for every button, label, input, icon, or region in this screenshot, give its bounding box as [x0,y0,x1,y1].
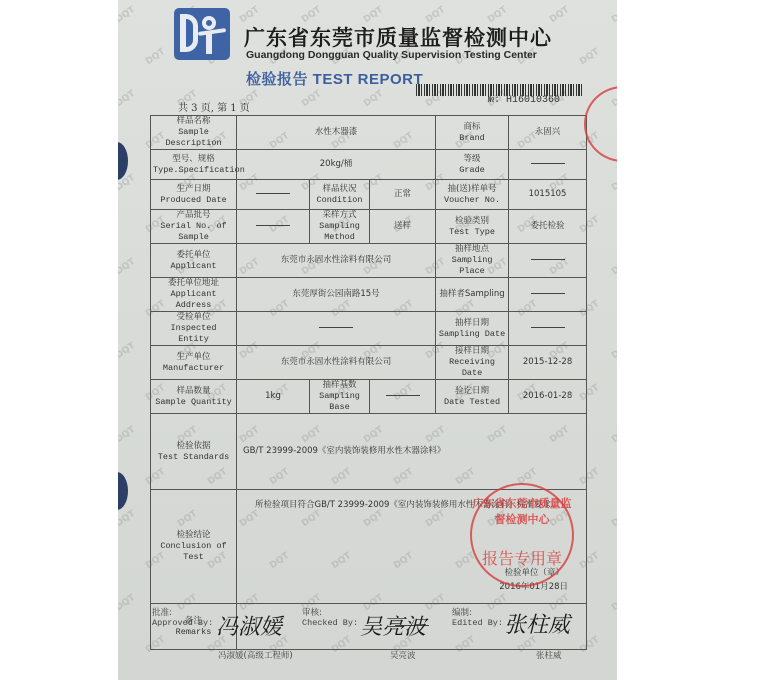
value-serial-no [237,210,310,244]
value-brand: 永固兴 [509,116,587,150]
partial-seal-stamp [584,86,617,162]
label-sampling-base: 抽样基数Sampling Base [310,380,370,414]
value-sampling-date [509,312,587,346]
value-applicant: 东莞市永固水性涂料有限公司 [237,244,436,278]
table-row: 委托单位Applicant 东莞市永固水性涂料有限公司 抽样地点Sampling… [151,244,587,278]
org-name-en: Guangdong Dongguan Quality Supervision T… [246,49,537,61]
label-applicant-address: 委托单位地址Applicant Address [151,278,237,312]
label-receiving-date: 接样日期Receiving Date [436,346,509,380]
table-row: 检验依据Test Standards GB/T 23999-2009《室内装饰装… [151,414,587,490]
value-test-standards: GB/T 23999-2009《室内装饰装修用水性木器涂料》 [237,414,587,490]
value-sample-description: 水性木器漆 [237,116,436,150]
value-receiving-date: 2015-12-28 [509,346,587,380]
label-grade: 等级Grade [436,150,509,180]
value-grade [509,150,587,180]
edited-name: 张柱威 [536,649,562,661]
report-table: 样品名称Sample Description 水性木器漆 商标Brand 永固兴… [150,115,587,650]
report-title: 检验报告 TEST REPORT [246,68,423,89]
checked-label: 审核:Checked By: [302,606,358,628]
label-sample-description: 样品名称Sample Description [151,116,237,150]
binder-hole [118,472,128,510]
label-sampling-place: 抽样地点Sampling Place [436,244,509,278]
label-sample-quantity: 样品数量Sample Quantity [151,380,237,414]
conclusion-text: 所检验项目符合GB/T 23999-2009《室内装饰装修用水性木器涂料》标准要… [239,490,584,511]
label-test-standards: 检验依据Test Standards [151,414,237,490]
test-report-page: DQTDQTDQTDQTDQTDQTDQTDQTDQTDQTDQTDQTDQTD… [118,0,617,680]
label-voucher-no: 抽(送)样单号Voucher No. [436,180,509,210]
label-manufacturer: 生产单位Manufacturer [151,346,237,380]
value-produced-date [237,180,310,210]
label-produced-date: 生产日期Produced Date [151,180,237,210]
report-number: №: H16010360 [488,95,560,106]
label-conclusion: 检验结论Conclusion of Test [151,490,237,604]
inspection-unit-label: 检验单位（章） [505,568,565,579]
table-row: 生产日期Produced Date 样品状况Condition 正常 抽(送)样… [151,180,587,210]
label-test-type: 检验类别Test Type [436,210,509,244]
label-sampling-date: 抽样日期Sampling Date [436,312,509,346]
conclusion-date: 2016年01月28日 [499,582,568,593]
value-manufacturer: 东莞市永固水性涂料有限公司 [237,346,436,380]
value-voucher-no: 1015105 [509,180,587,210]
value-test-type: 委托检验 [509,210,587,244]
label-serial-no: 产品批号Serial No. of Sample [151,210,237,244]
value-conclusion: 所检验项目符合GB/T 23999-2009《室内装饰装修用水性木器涂料》标准要… [237,490,587,604]
table-row: 检验结论Conclusion of Test 所检验项目符合GB/T 23999… [151,490,587,604]
edited-signature: 张柱威 [504,608,570,639]
edited-label: 编制:Edited By: [452,606,503,628]
table-row: 生产单位Manufacturer 东莞市永固水性涂料有限公司 接样日期Recei… [151,346,587,380]
table-row: 产品批号Serial No. of Sample 采样方式Sampling Me… [151,210,587,244]
value-sampling-method: 送样 [370,210,436,244]
value-sampling-place [509,244,587,278]
dqt-logo-icon [174,8,230,60]
approved-signature: 冯淑媛 [216,610,282,641]
org-name-cn: 广东省东莞市质量监督检测中心 [244,22,552,52]
table-row: 样品数量Sample Quantity 1kg 抽样基数Sampling Bas… [151,380,587,414]
value-date-tested: 2016-01-28 [509,380,587,414]
value-inspected-entity [237,312,436,346]
label-date-tested: 验讫日期Date Tested [436,380,509,414]
label-condition: 样品状况Condition [310,180,370,210]
label-type-spec: 型号、规格Type.Specification [151,150,237,180]
page-count: 共 3 页, 第 1 页 [178,99,250,114]
label-applicant: 委托单位Applicant [151,244,237,278]
table-row: 受检单位Inspected Entity 抽样日期Sampling Date [151,312,587,346]
approved-name: 冯淑媛(高级工程师) [218,649,293,661]
table-row: 型号、规格Type.Specification 20kg/桶 等级Grade [151,150,587,180]
value-sample-quantity: 1kg [237,380,310,414]
binder-hole [118,142,128,180]
label-inspected-entity: 受检单位Inspected Entity [151,312,237,346]
checked-name: 吴亮波 [390,649,416,661]
checked-signature: 吴亮波 [360,610,426,641]
value-condition: 正常 [370,180,436,210]
table-row: 委托单位地址Applicant Address 东莞厚街公园南路15号 抽样者S… [151,278,587,312]
label-sampling-method: 采样方式Sampling Method [310,210,370,244]
value-type-spec: 20kg/桶 [237,150,436,180]
value-applicant-address: 东莞厚街公园南路15号 [237,278,436,312]
value-sampler [509,278,587,312]
table-row: 样品名称Sample Description 水性木器漆 商标Brand 永固兴 [151,116,587,150]
label-brand: 商标Brand [436,116,509,150]
label-sampler: 抽样者Sampling [436,278,509,312]
value-sampling-base [370,380,436,414]
approved-label: 批准:Approved By: [152,606,213,628]
